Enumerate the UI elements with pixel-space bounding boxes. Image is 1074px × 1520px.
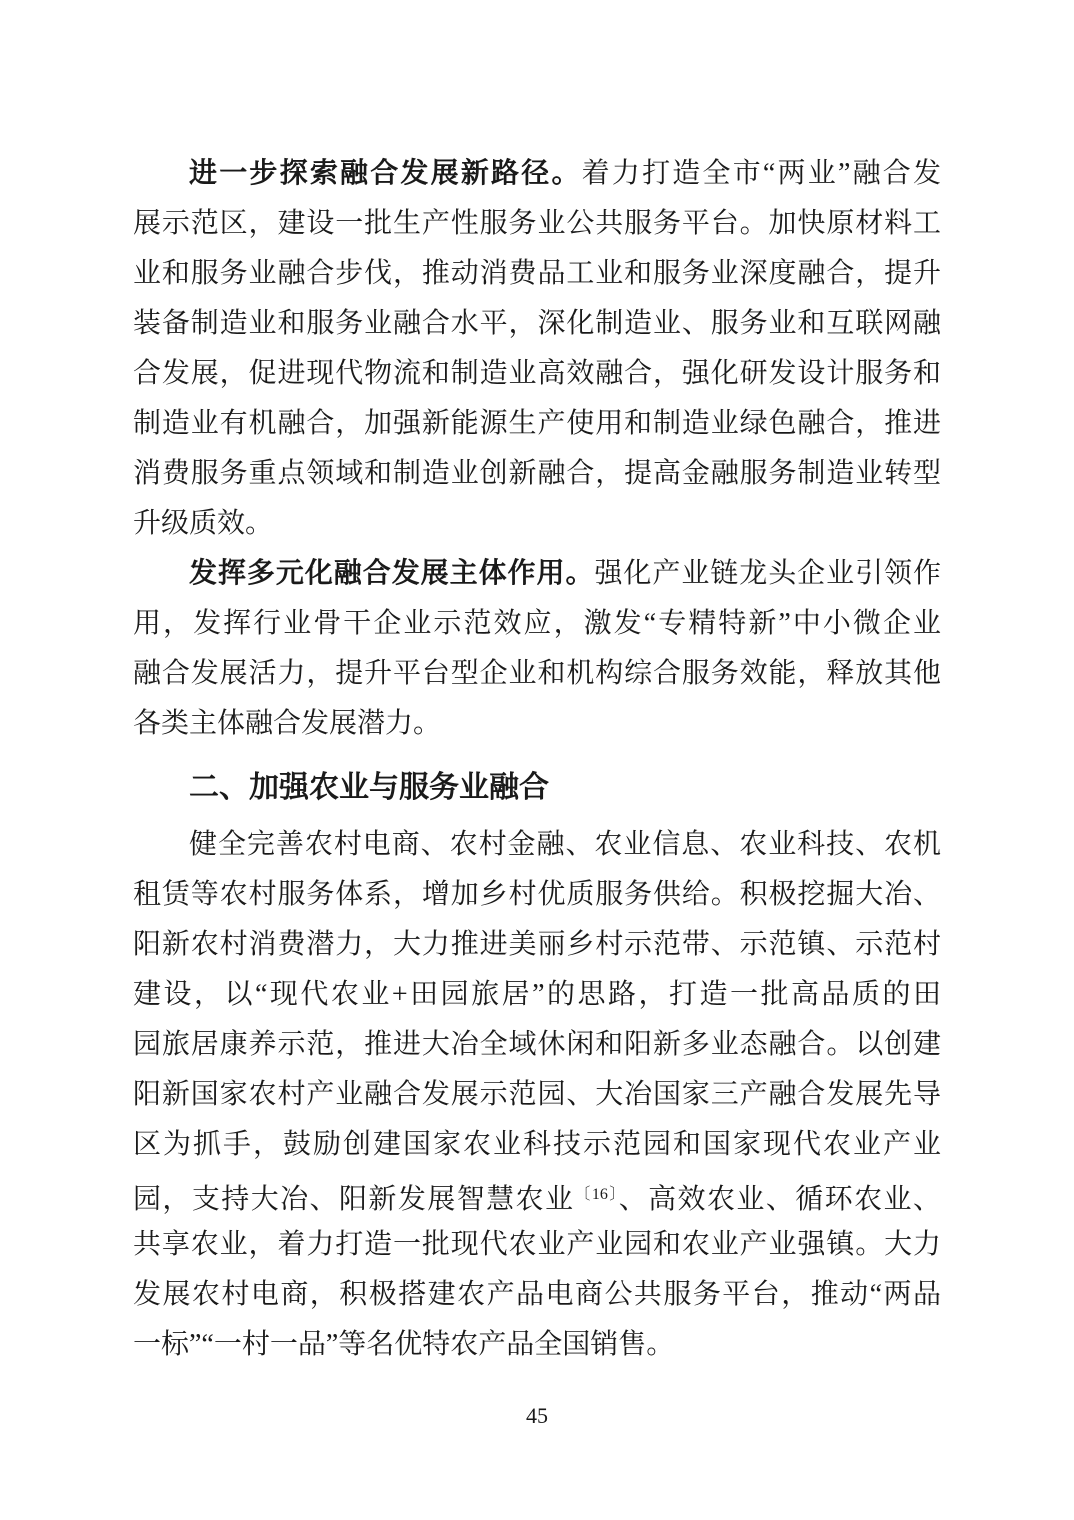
text-line: 健全完善农村电商、农村金融、农业信息、农业科技、农机: [133, 820, 941, 870]
text-segment: 建设，以“现代农业+田园旅居”的思路，打造一批高品质的田: [133, 979, 941, 1010]
text-segment: 一标”“一村一品”等名优特农产品全国销售。: [133, 1329, 674, 1360]
text-line: 阳新农村消费潜力，大力推进美丽乡村示范带、示范镇、示范村: [133, 920, 941, 970]
text-segment: 、高效农业、循环农业、: [619, 1184, 941, 1215]
text-segment: 阳新农村消费潜力，大力推进美丽乡村示范带、示范镇、示范村: [133, 929, 941, 960]
text-line: 阳新国家农村产业融合发展示范园、大冶国家三产融合发展先导: [133, 1070, 941, 1120]
text-line: 园，支持大冶、阳新发展智慧农业〔16〕、高效农业、循环农业、: [133, 1170, 941, 1220]
text-line: 二、加强农业与服务业融合: [133, 763, 941, 813]
document-page: 进一步探索融合发展新路径。着力打造全市“两业”融合发展示范区，建设一批生产性服务…: [0, 0, 1074, 1520]
text-segment: 区为抓手，鼓励创建国家农业科技示范园和国家现代农业产业: [133, 1129, 941, 1160]
text-line: 各类主体融合发展潜力。: [133, 699, 941, 749]
text-segment: 装备制造业和服务业融合水平，深化制造业、服务业和互联网融: [133, 308, 941, 339]
page-number: 45: [0, 1402, 1074, 1430]
text-line: 租赁等农村服务体系，增加乡村优质服务供给。积极挖掘大冶、: [133, 870, 941, 920]
lead-sentence: 发挥多元化融合发展主体作用。: [189, 558, 594, 589]
text-segment: 合发展，促进现代物流和制造业高效融合，强化研发设计服务和: [133, 358, 941, 389]
text-line: 一标”“一村一品”等名优特农产品全国销售。: [133, 1320, 941, 1370]
text-segment: 展示范区，建设一批生产性服务业公共服务平台。加快原材料工: [133, 208, 941, 239]
paragraph-integration-paths: 进一步探索融合发展新路径。着力打造全市“两业”融合发展示范区，建设一批生产性服务…: [133, 149, 941, 549]
text-line: 展示范区，建设一批生产性服务业公共服务平台。加快原材料工: [133, 199, 941, 249]
paragraph-rural-services: 健全完善农村电商、农村金融、农业信息、农业科技、农机租赁等农村服务体系，增加乡村…: [133, 820, 941, 1370]
text-line: 园旅居康养示范，推进大冶全域休闲和阳新多业态融合。以创建: [133, 1020, 941, 1070]
text-segment: 共享农业，着力打造一批现代农业产业园和农业产业强镇。大力: [133, 1229, 941, 1260]
text-line: 共享农业，着力打造一批现代农业产业园和农业产业强镇。大力: [133, 1220, 941, 1270]
text-line: 升级质效。: [133, 499, 941, 549]
text-line: 进一步探索融合发展新路径。着力打造全市“两业”融合发: [133, 149, 941, 199]
text-line: 制造业有机融合，加强新能源生产使用和制造业绿色融合，推进: [133, 399, 941, 449]
text-segment: 阳新国家农村产业融合发展示范园、大冶国家三产融合发展先导: [133, 1079, 941, 1110]
text-segment: 消费服务重点领域和制造业创新融合，提高金融服务制造业转型: [133, 458, 941, 489]
text-line: 融合发展活力，提升平台型企业和机构综合服务效能，释放其他: [133, 649, 941, 699]
text-segment: 融合发展活力，提升平台型企业和机构综合服务效能，释放其他: [133, 658, 941, 689]
text-segment: 园旅居康养示范，推进大冶全域休闲和阳新多业态融合。以创建: [133, 1029, 941, 1060]
text-segment: 园，支持大冶、阳新发展智慧农业: [133, 1184, 574, 1215]
text-line: 区为抓手，鼓励创建国家农业科技示范园和国家现代农业产业: [133, 1120, 941, 1170]
section-heading-agriculture-services: 二、加强农业与服务业融合: [133, 763, 941, 813]
text-segment: 用，发挥行业骨干企业示范效应，激发“专精特新”中小微企业: [133, 608, 941, 639]
text-segment: 租赁等农村服务体系，增加乡村优质服务供给。积极挖掘大冶、: [133, 879, 941, 910]
text-segment: 强化产业链龙头企业引领作: [594, 558, 941, 589]
paragraph-diverse-actors: 发挥多元化融合发展主体作用。强化产业链龙头企业引领作用，发挥行业骨干企业示范效应…: [133, 549, 941, 749]
text-segment: 发展农村电商，积极搭建农产品电商公共服务平台，推动“两品: [133, 1279, 941, 1310]
text-segment: 着力打造全市“两业”融合发: [582, 158, 941, 189]
text-segment: 升级质效。: [133, 508, 273, 539]
text-segment: 健全完善农村电商、农村金融、农业信息、农业科技、农机: [189, 829, 941, 860]
text-line: 建设，以“现代农业+田园旅居”的思路，打造一批高品质的田: [133, 970, 941, 1020]
text-line: 用，发挥行业骨干企业示范效应，激发“专精特新”中小微企业: [133, 599, 941, 649]
text-segment: 二、加强农业与服务业融合: [189, 771, 549, 804]
document-content: 进一步探索融合发展新路径。着力打造全市“两业”融合发展示范区，建设一批生产性服务…: [133, 149, 941, 1370]
text-line: 装备制造业和服务业融合水平，深化制造业、服务业和互联网融: [133, 299, 941, 349]
text-line: 合发展，促进现代物流和制造业高效融合，强化研发设计服务和: [133, 349, 941, 399]
text-segment: 各类主体融合发展潜力。: [133, 708, 441, 739]
footnote-ref: 〔16〕: [574, 1186, 618, 1203]
text-line: 发展农村电商，积极搭建农产品电商公共服务平台，推动“两品: [133, 1270, 941, 1320]
text-line: 消费服务重点领域和制造业创新融合，提高金融服务制造业转型: [133, 449, 941, 499]
text-line: 发挥多元化融合发展主体作用。强化产业链龙头企业引领作: [133, 549, 941, 599]
lead-sentence: 进一步探索融合发展新路径。: [189, 158, 582, 189]
text-segment: 业和服务业融合步伐，推动消费品工业和服务业深度融合，提升: [133, 258, 941, 289]
text-segment: 制造业有机融合，加强新能源生产使用和制造业绿色融合，推进: [133, 408, 941, 439]
text-line: 业和服务业融合步伐，推动消费品工业和服务业深度融合，提升: [133, 249, 941, 299]
